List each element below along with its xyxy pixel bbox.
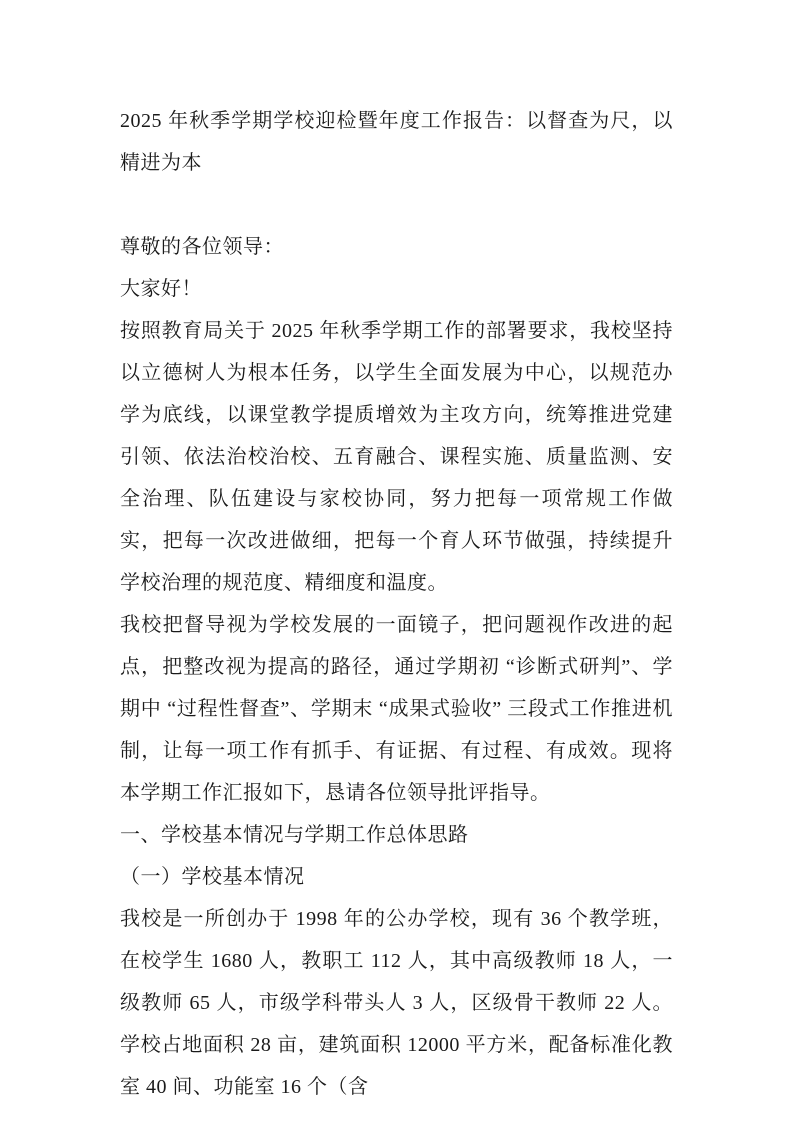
subsection-heading-1-1: （一）学校基本情况 bbox=[120, 856, 673, 898]
document-page: 2025 年秋季学期学校迎检暨年度工作报告：以督查为尺，以精进为本 尊敬的各位领… bbox=[0, 0, 793, 1122]
section-heading-1: 一、学校基本情况与学期工作总体思路 bbox=[120, 814, 673, 856]
greeting-line: 大家好！ bbox=[120, 268, 673, 310]
salutation-line: 尊敬的各位领导： bbox=[120, 226, 673, 268]
paragraph-inspection-mechanism: 我校把督导视为学校发展的一面镜子，把问题视作改进的起点，把整改视为提高的路径，通… bbox=[120, 604, 673, 814]
paragraph-school-overview: 我校是一所创办于 1998 年的公办学校，现有 36 个教学班，在校学生 168… bbox=[120, 898, 673, 1108]
document-title: 2025 年秋季学期学校迎检暨年度工作报告：以督查为尺，以精进为本 bbox=[120, 100, 673, 184]
paragraph-intro: 按照教育局关于 2025 年秋季学期工作的部署要求，我校坚持以立德树人为根本任务… bbox=[120, 310, 673, 604]
